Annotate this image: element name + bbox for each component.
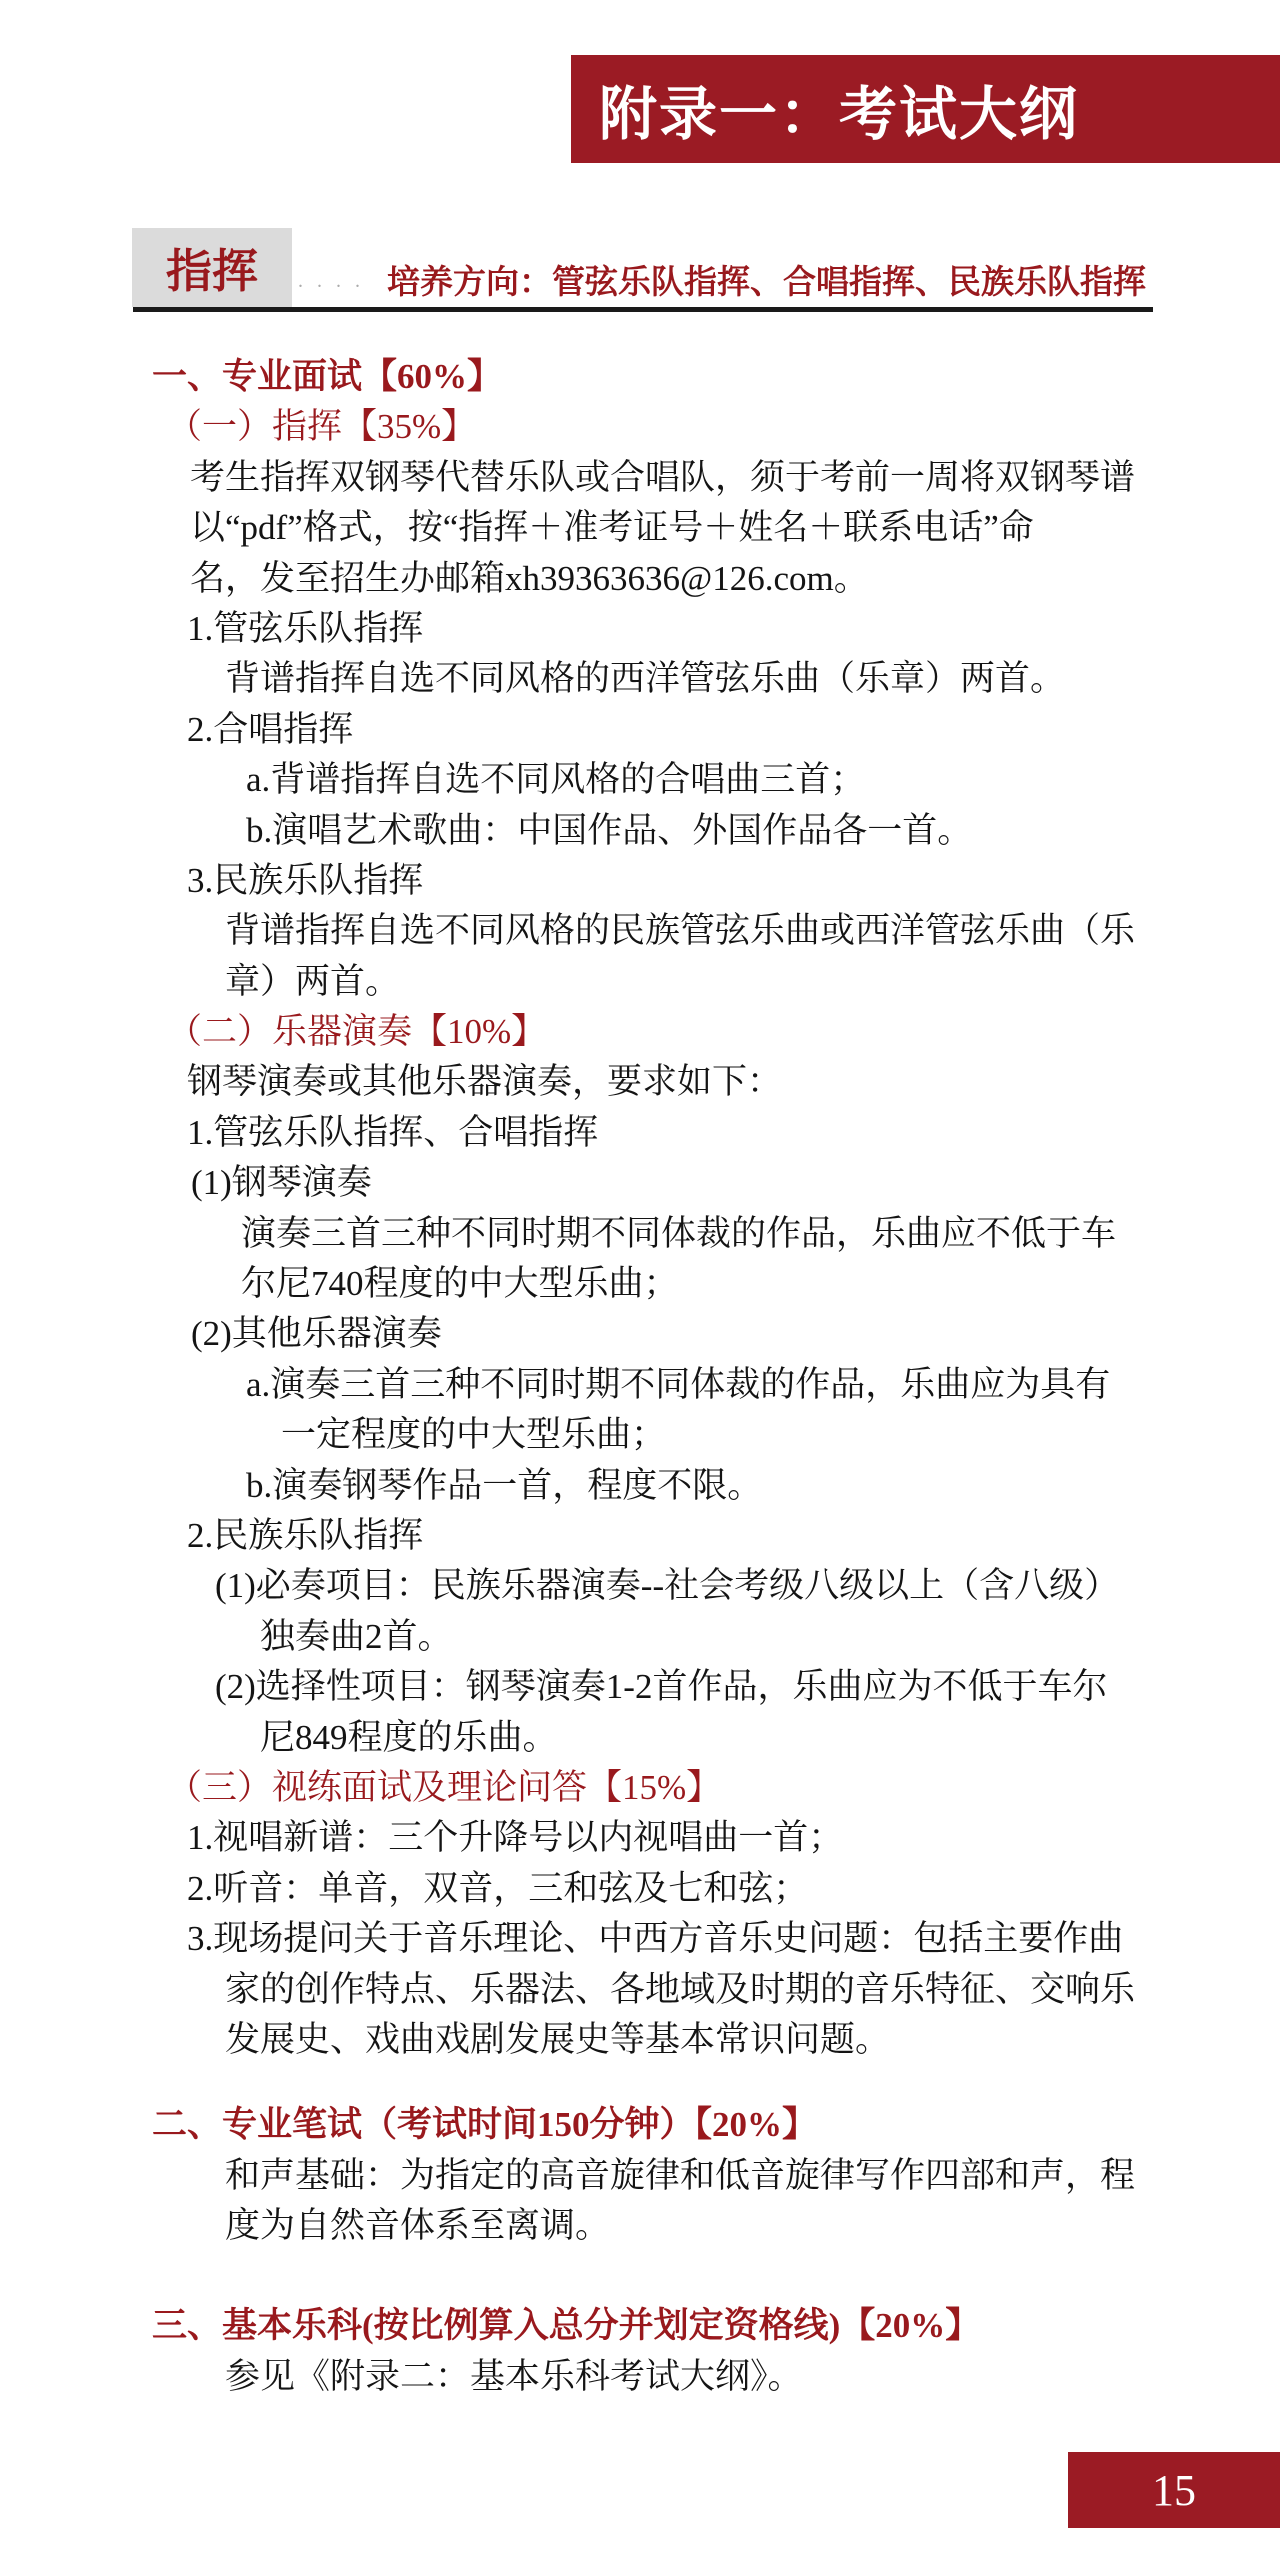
- content-line: 钢琴演奏或其他乐器演奏，要求如下：: [0, 1057, 1280, 1107]
- content-line: 3.现场提问关于音乐理论、中西方音乐史问题：包括主要作曲: [0, 1914, 1280, 1964]
- content-line: 一定程度的中大型乐曲；: [0, 1410, 1280, 1460]
- content-line: 2.合唱指挥: [0, 705, 1280, 755]
- content-line: b.演奏钢琴作品一首，程度不限。: [0, 1461, 1280, 1511]
- appendix-banner-title: 附录一：考试大纲: [599, 67, 1079, 151]
- content-line: a.背谱指挥自选不同风格的合唱曲三首；: [0, 755, 1280, 805]
- content-line: 1.管弦乐队指挥、合唱指挥: [0, 1108, 1280, 1158]
- training-direction-subtitle: 培养方向：管弦乐队指挥、合唱指挥、民族乐队指挥: [387, 256, 1146, 303]
- content-line: 演奏三首三种不同时期不同体裁的作品，乐曲应不低于车: [0, 1209, 1280, 1259]
- content-line: 名，发至招生办邮箱xh39363636@126.com。: [0, 554, 1280, 604]
- content-line: a.演奏三首三种不同时期不同体裁的作品，乐曲应为具有: [0, 1360, 1280, 1410]
- header-rule: [133, 307, 1153, 312]
- content-line: 尔尼740程度的中大型乐曲；: [0, 1259, 1280, 1309]
- content-line: （二）乐器演奏【10%】: [0, 1007, 1280, 1057]
- appendix-banner: 附录一：考试大纲: [571, 55, 1280, 163]
- content-line: 独奏曲2首。: [0, 1612, 1280, 1662]
- content-line: 1.视唱新谱：三个升降号以内视唱曲一首；: [0, 1813, 1280, 1863]
- content-line: 背谱指挥自选不同风格的民族管弦乐曲或西洋管弦乐曲（乐: [0, 906, 1280, 956]
- content-line: 度为自然音体系至离调。: [0, 2201, 1280, 2251]
- major-label-box: 指挥: [132, 228, 292, 307]
- content-line: 3.民族乐队指挥: [0, 856, 1280, 906]
- content-line: 2.听音：单音，双音，三和弦及七和弦；: [0, 1864, 1280, 1914]
- content-line: 和声基础：为指定的高音旋律和低音旋律写作四部和声，程: [0, 2151, 1280, 2201]
- leader-dots: ....: [298, 270, 374, 293]
- page-number-box: 15: [1068, 2452, 1280, 2528]
- content-line: 参见《附录二：基本乐科考试大纲》。: [0, 2352, 1280, 2402]
- content-line: 尼849程度的乐曲。: [0, 1713, 1280, 1763]
- content-line: 家的创作特点、乐器法、各地域及时期的音乐特征、交响乐: [0, 1965, 1280, 2015]
- content-line: 考生指挥双钢琴代替乐队或合唱队，须于考前一周将双钢琴谱: [0, 453, 1280, 503]
- content-line: 背谱指挥自选不同风格的西洋管弦乐曲（乐章）两首。: [0, 654, 1280, 704]
- content-line: b.演唱艺术歌曲：中国作品、外国作品各一首。: [0, 806, 1280, 856]
- document-page: 附录一：考试大纲 指挥 .... 培养方向：管弦乐队指挥、合唱指挥、民族乐队指挥…: [0, 0, 1280, 2559]
- content-line: 2.民族乐队指挥: [0, 1511, 1280, 1561]
- content-line: （一）指挥【35%】: [0, 402, 1280, 452]
- content-line: 章）两首。: [0, 957, 1280, 1007]
- content-line: 1.管弦乐队指挥: [0, 604, 1280, 654]
- content-line: 三、基本乐科(按比例算入总分并划定资格线)【20%】: [0, 2301, 1280, 2351]
- content-line: 二、专业笔试（考试时间150分钟）【20%】: [0, 2100, 1280, 2150]
- content-line: (2)选择性项目：钢琴演奏1-2首作品，乐曲应为不低于车尔: [0, 1662, 1280, 1712]
- content-line: (1)钢琴演奏: [0, 1158, 1280, 1208]
- content-line: (1)必奏项目：民族乐器演奏--社会考级八级以上（含八级）: [0, 1561, 1280, 1611]
- major-label: 指挥: [166, 235, 258, 301]
- outline-content: 一、专业面试【60%】（一）指挥【35%】考生指挥双钢琴代替乐队或合唱队，须于考…: [0, 352, 1280, 2402]
- content-line: (2)其他乐器演奏: [0, 1309, 1280, 1359]
- content-line: （三）视练面试及理论问答【15%】: [0, 1763, 1280, 1813]
- content-line: 以“pdf”格式，按“指挥＋准考证号＋姓名＋联系电话”命: [0, 503, 1280, 553]
- page-number: 15: [1152, 2465, 1196, 2516]
- content-line: 发展史、戏曲戏剧发展史等基本常识问题。: [0, 2015, 1280, 2065]
- content-line: 一、专业面试【60%】: [0, 352, 1280, 402]
